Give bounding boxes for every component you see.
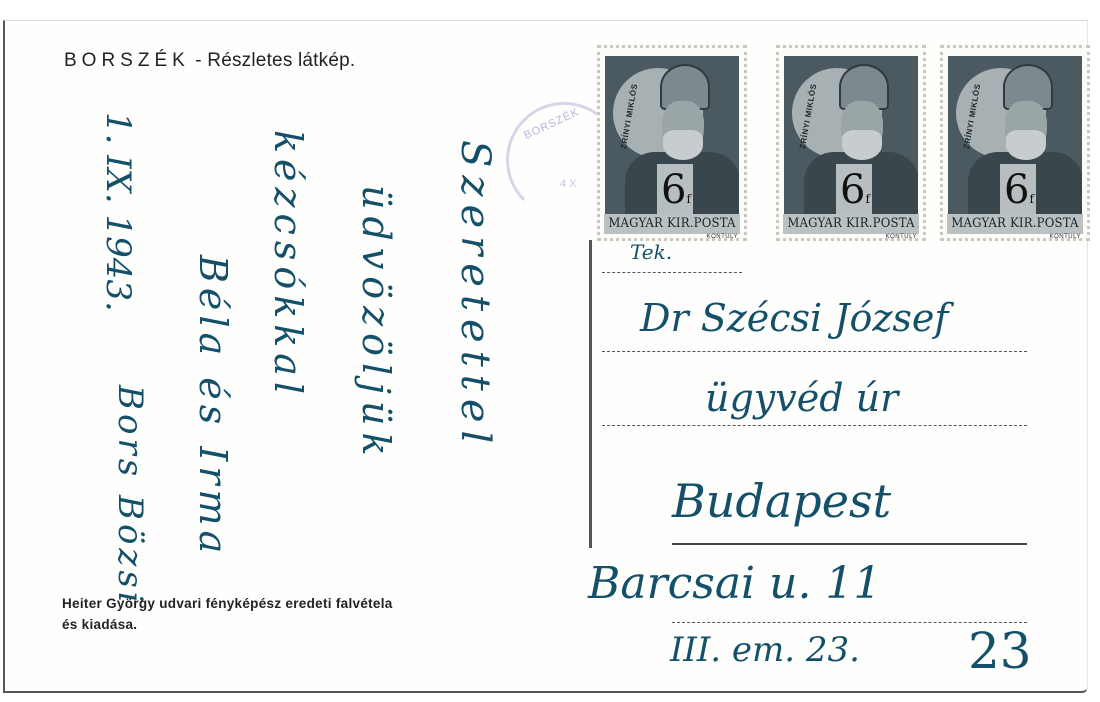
address-line-3 — [672, 543, 1027, 545]
handwritten-date: 1. IX. 1943. — [98, 112, 138, 312]
message-line-5: Bors Bözsi — [110, 385, 150, 607]
stamp-value: 6f — [661, 166, 691, 216]
stamp-face: ZRÍNYI MIKLÓS 6f — [605, 56, 739, 216]
title-place: BORSZÉK — [64, 50, 190, 71]
address-line-2 — [602, 425, 1027, 426]
postage-stamp: ZRÍNYI MIKLÓS 6f MAGYAR KIR.POSTA KONTUL… — [597, 45, 747, 241]
stamp-portrait-beard — [1006, 130, 1046, 160]
address-title: ügyvéd úr — [705, 376, 898, 420]
message-line-3: kézcsókkal — [266, 130, 310, 400]
stamp-portrait-beard — [842, 130, 882, 160]
title-subtitle: - Részletes látkép. — [190, 50, 356, 71]
stamp-designer: KONTULY — [707, 234, 738, 240]
stamp-designer: KONTULY — [1050, 234, 1081, 240]
address-line-0 — [602, 272, 742, 273]
address-recipient: Dr Szécsi József — [640, 296, 948, 340]
message-line-2: üdvözöljük — [354, 185, 398, 462]
address-line-1 — [602, 351, 1027, 352]
stamp-designer: KONTULY — [886, 234, 917, 240]
stamp-country: MAGYAR KIR.POSTA — [947, 214, 1083, 234]
postage-stamp: ZRÍNYI MIKLÓS 6f MAGYAR KIR.POSTA KONTUL… — [776, 45, 926, 241]
stamp-value: 6f — [1004, 166, 1034, 216]
message-line-4: Béla és Irma — [191, 255, 235, 558]
address-city: Budapest — [672, 474, 891, 528]
stamp-country: MAGYAR KIR.POSTA — [783, 214, 919, 234]
message-line-1: Szeretettel — [452, 140, 498, 451]
credit-line-2: és kiadása. — [62, 614, 393, 635]
printed-title: BORSZÉK - Részletes látkép. — [64, 50, 355, 72]
postage-stamp: ZRÍNYI MIKLÓS 6f MAGYAR KIR.POSTA KONTUL… — [940, 45, 1090, 241]
stamp-face: ZRÍNYI MIKLÓS 6f — [784, 56, 918, 216]
address-floor: III. em. 23. — [670, 630, 860, 670]
stamp-face: ZRÍNYI MIKLÓS 6f — [948, 56, 1082, 216]
postmark-date: 4 X — [560, 178, 577, 190]
address-prefix: Tek. — [630, 240, 672, 264]
message-address-divider — [589, 240, 592, 548]
stamp-portrait-beard — [663, 130, 703, 160]
stamp-value: 6f — [840, 166, 870, 216]
address-extra-number: 23 — [968, 622, 1032, 680]
stamp-country: MAGYAR KIR.POSTA — [604, 214, 740, 234]
address-street: Barcsai u. 11 — [588, 558, 881, 609]
